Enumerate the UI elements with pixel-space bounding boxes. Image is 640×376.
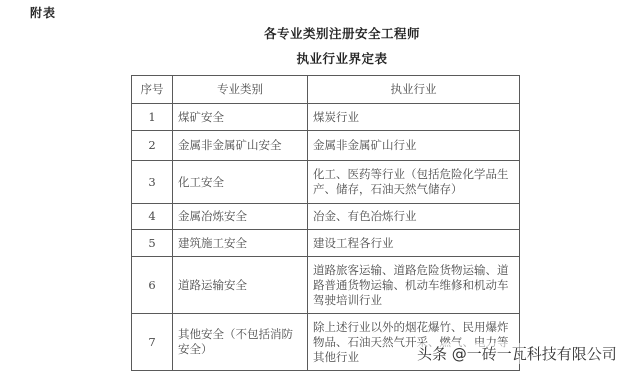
row-industry: 煤炭行业 (308, 104, 520, 131)
row-category: 建筑施工安全 (173, 230, 308, 257)
table-row: 4 金属冶炼安全 冶金、有色冶炼行业 (132, 204, 520, 230)
header-category: 专业类别 (173, 76, 308, 104)
header-index: 序号 (132, 76, 173, 104)
row-industry: 金属非金属矿山行业 (308, 131, 520, 161)
row-category: 金属冶炼安全 (173, 204, 308, 230)
row-category: 煤矿安全 (173, 104, 308, 131)
table-row: 5 建筑施工安全 建设工程各行业 (132, 230, 520, 257)
row-category: 化工安全 (173, 161, 308, 204)
source-watermark: 头条 @一砖一瓦科技有限公司 (415, 343, 619, 364)
table-row: 1 煤矿安全 煤炭行业 (132, 104, 520, 131)
table-header-row: 序号 专业类别 执业行业 (132, 76, 520, 104)
row-category: 金属非金属矿山安全 (173, 131, 308, 161)
appendix-label: 附表 (30, 4, 56, 21)
header-industry: 执业行业 (308, 76, 520, 104)
industry-definition-table: 序号 专业类别 执业行业 1 煤矿安全 煤炭行业 2 金属非金属矿山安全 金属非… (131, 75, 520, 371)
row-industry: 道路旅客运输、道路危险货物运输、道路普通货物运输、机动车维修和机动车驾驶培训行业 (308, 257, 520, 314)
row-category: 其他安全（不包括消防安全） (173, 314, 308, 371)
row-index: 2 (132, 131, 173, 161)
document-subtitle: 执业行业界定表 (0, 49, 640, 67)
row-industry: 化工、医药等行业（包括危险化学品生产、储存，石油天然气储存） (308, 161, 520, 204)
row-index: 6 (132, 257, 173, 314)
row-index: 4 (132, 204, 173, 230)
row-index: 1 (132, 104, 173, 131)
table-row: 2 金属非金属矿山安全 金属非金属矿山行业 (132, 131, 520, 161)
row-industry: 冶金、有色冶炼行业 (308, 204, 520, 230)
row-index: 3 (132, 161, 173, 204)
table-row: 6 道路运输安全 道路旅客运输、道路危险货物运输、道路普通货物运输、机动车维修和… (132, 257, 520, 314)
row-index: 7 (132, 314, 173, 371)
document-title: 各专业类别注册安全工程师 (0, 24, 640, 42)
table-row: 3 化工安全 化工、医药等行业（包括危险化学品生产、储存，石油天然气储存） (132, 161, 520, 204)
row-category: 道路运输安全 (173, 257, 308, 314)
row-index: 5 (132, 230, 173, 257)
row-industry: 建设工程各行业 (308, 230, 520, 257)
